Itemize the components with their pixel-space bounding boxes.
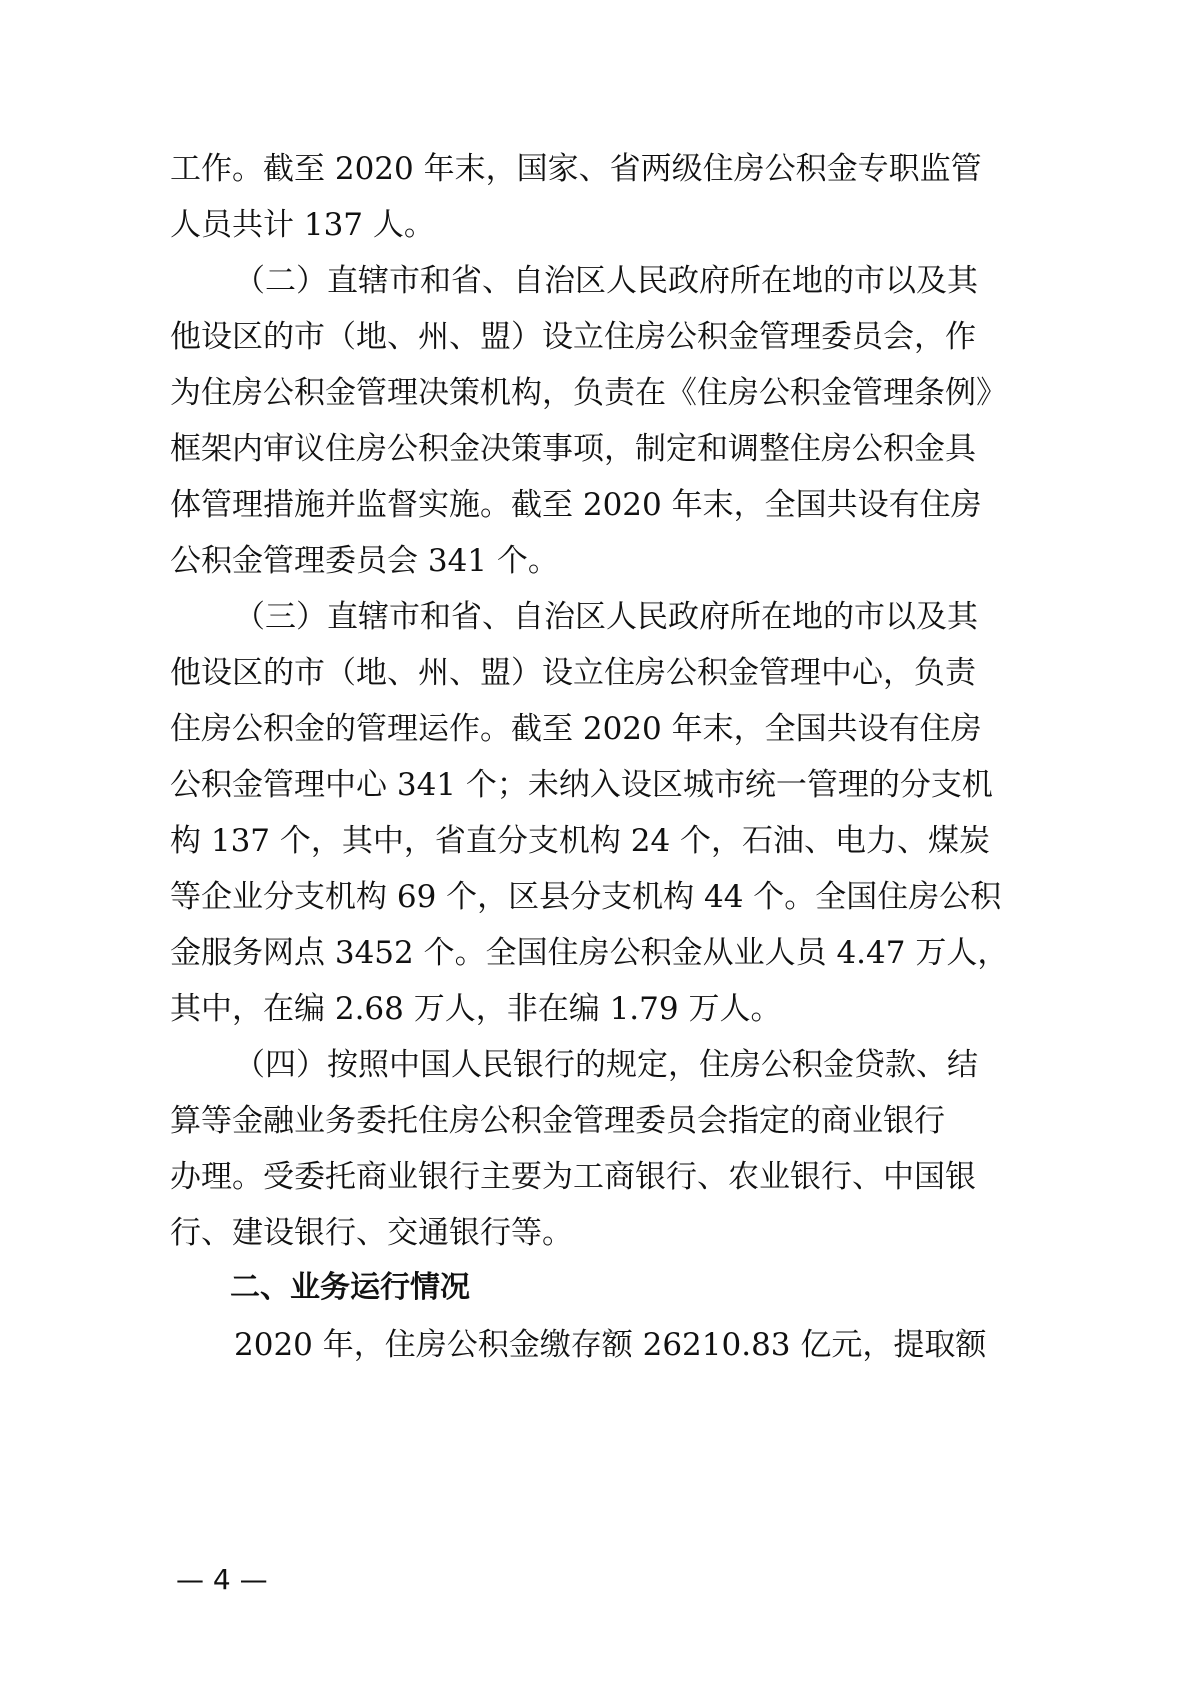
section-heading: 二、业务运行情况 [230,1266,470,1310]
text-line-2: 人员共计 137 人。 [170,203,435,247]
paragraph-4-start: （四）按照中国人民银行的规定，住房公积金贷款、结 [234,1043,942,1087]
text-line-1: 工作。截至 2020 年末，国家、省两级住房公积金专职监管 [170,147,942,191]
text-line-15: 金服务网点 3452 个。全国住房公积金从业人员 4.47 万人， [170,931,942,975]
text-line-10: 他设区的市（地、州、盟）设立住房公积金管理中心，负责 [170,651,942,695]
text-line-4: 他设区的市（地、州、盟）设立住房公积金管理委员会，作 [170,315,942,359]
paragraph-2-start: （二）直辖市和省、自治区人民政府所在地的市以及其 [234,259,942,303]
text-line-19: 办理。受委托商业银行主要为工商银行、农业银行、中国银 [170,1155,942,1199]
page-number: — 4 — [176,1562,268,1598]
text-line-20: 行、建设银行、交通银行等。 [170,1211,573,1255]
text-line-14: 等企业分支机构 69 个，区县分支机构 44 个。全国住房公积 [170,875,942,919]
text-line-12: 公积金管理中心 341 个；未纳入设区城市统一管理的分支机 [170,763,942,807]
text-line-8: 公积金管理委员会 341 个。 [170,539,559,583]
text-line-final: 2020 年，住房公积金缴存额 26210.83 亿元，提取额 [234,1323,942,1367]
document-page: 工作。截至 2020 年末，国家、省两级住房公积金专职监管 人员共计 137 人… [0,0,1200,1697]
paragraph-3-start: （三）直辖市和省、自治区人民政府所在地的市以及其 [234,595,942,639]
text-line-11: 住房公积金的管理运作。截至 2020 年末，全国共设有住房 [170,707,942,751]
text-line-13: 构 137 个，其中，省直分支机构 24 个，石油、电力、煤炭 [170,819,942,863]
text-line-18: 算等金融业务委托住房公积金管理委员会指定的商业银行 [170,1099,942,1143]
text-line-16: 其中，在编 2.68 万人，非在编 1.79 万人。 [170,987,781,1031]
text-line-5: 为住房公积金管理决策机构，负责在《住房公积金管理条例》 [170,371,942,415]
text-line-7: 体管理措施并监督实施。截至 2020 年末，全国共设有住房 [170,483,942,527]
text-line-6: 框架内审议住房公积金决策事项，制定和调整住房公积金具 [170,427,942,471]
